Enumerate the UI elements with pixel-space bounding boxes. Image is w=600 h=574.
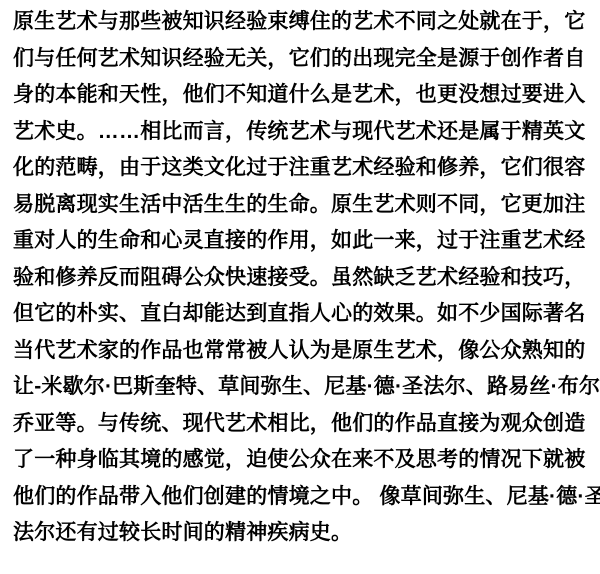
text-line: 了一种身临其境的感觉，迫使公众在来不及思考的情况下就被 <box>13 442 587 479</box>
paragraph: 原生艺术与那些被知识经验束缚住的艺术不同之处就在于，它 们与任何艺术知识经验无关… <box>13 4 587 552</box>
text-line: 法尔还有过较长时间的精神疾病史。 <box>13 515 587 552</box>
text-line: 验和修养反而阻碍公众快速接受。虽然缺乏艺术经验和技巧， <box>13 260 587 297</box>
text-line: 让-米歇尔·巴斯奎特、草间弥生、尼基·德·圣法尔、路易丝·布尔 <box>13 369 587 406</box>
text-line: 原生艺术与那些被知识经验束缚住的艺术不同之处就在于，它 <box>13 4 587 41</box>
text-line: 乔亚等。与传统、现代艺术相比，他们的作品直接为观众创造 <box>13 406 587 443</box>
text-line: 但它的朴实、直白却能达到直指人心的效果。如不少国际著名 <box>13 296 587 333</box>
document-page: 原生艺术与那些被知识经验束缚住的艺术不同之处就在于，它 们与任何艺术知识经验无关… <box>0 0 600 574</box>
text-line: 他们的作品带入他们创建的情境之中。 像草间弥生、尼基·德·圣 <box>13 479 587 516</box>
text-line: 身的本能和天性，他们不知道什么是艺术，也更没想过要进入 <box>13 77 587 114</box>
text-line: 们与任何艺术知识经验无关，它们的出现完全是源于创作者自 <box>13 41 587 78</box>
text-line: 化的范畴，由于这类文化过于注重艺术经验和修养，它们很容 <box>13 150 587 187</box>
text-line: 艺术史。……相比而言，传统艺术与现代艺术还是属于精英文 <box>13 114 587 151</box>
text-line: 易脱离现实生活中活生生的生命。原生艺术则不同，它更加注 <box>13 187 587 224</box>
text-line: 重对人的生命和心灵直接的作用，如此一来，过于注重艺术经 <box>13 223 587 260</box>
text-line: 当代艺术家的作品也常常被人认为是原生艺术，像公众熟知的 <box>13 333 587 370</box>
